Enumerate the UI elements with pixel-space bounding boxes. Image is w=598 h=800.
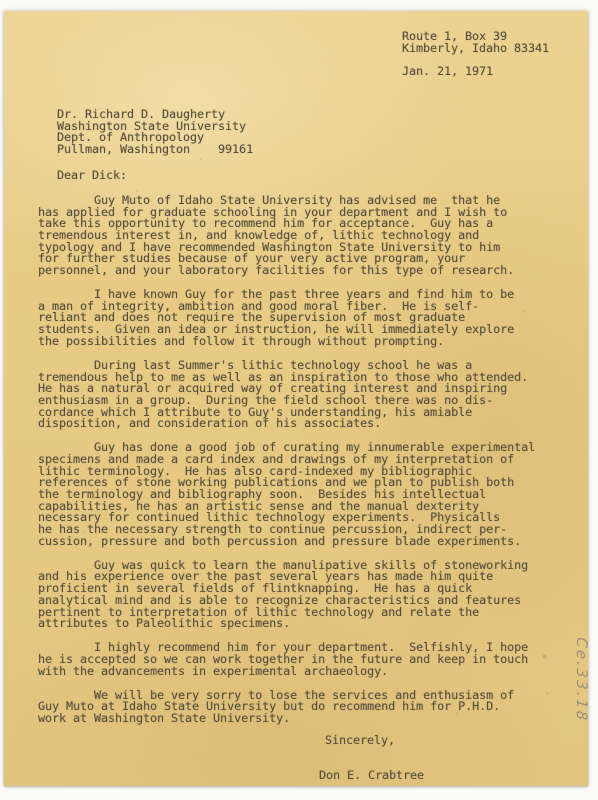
typed-line: personnel, and your laboratory facilitie…	[38, 265, 568, 277]
sender-address: Route 1, Box 39Kimberly, Idaho 83341	[402, 31, 549, 54]
signature-name: Don E. Crabtree	[319, 770, 424, 782]
typed-line: with the advancements in experimental ar…	[38, 666, 568, 678]
paragraph: Guy was quick to learn the manulipative …	[38, 560, 568, 630]
typed-line: disposition, and consideration of his as…	[38, 418, 568, 430]
letter-paper: Route 1, Box 39Kimberly, Idaho 83341 Jan…	[4, 11, 588, 786]
typed-line: the possibilities and follow it through …	[38, 336, 568, 348]
typed-line: Pullman, Washington 99161	[57, 144, 253, 156]
letter-body: Guy Muto of Idaho State University has a…	[38, 195, 568, 725]
letter-date: Jan. 21, 1971	[402, 66, 493, 78]
typed-line: Kimberly, Idaho 83341	[402, 43, 549, 55]
paragraph: During last Summer's lithic technology s…	[38, 360, 568, 430]
scanner-background: Route 1, Box 39Kimberly, Idaho 83341 Jan…	[0, 0, 598, 800]
paragraph: We will be very sorry to lose the servic…	[38, 690, 568, 725]
paragraph: I highly recommend him for your departme…	[38, 642, 568, 677]
paragraph: Guy has done a good job of curating my i…	[38, 442, 568, 547]
salutation: Dear Dick:	[57, 170, 127, 182]
paper-texture-specks	[4, 11, 5, 12]
paragraph: Guy Muto of Idaho State University has a…	[38, 195, 568, 277]
paragraph: I have known Guy for the past three year…	[38, 289, 568, 347]
typed-line: cussion, pressure and both percussion an…	[38, 536, 568, 548]
recipient-address: Dr. Richard D. DaughertyWashington State…	[57, 109, 253, 156]
closing: Sincerely,	[325, 735, 395, 747]
typed-line: work at Washington State University.	[38, 713, 568, 725]
typed-line: attributes to Paleolithic specimens.	[38, 618, 568, 630]
catalog-annotation: Ce.33.18	[573, 637, 589, 724]
